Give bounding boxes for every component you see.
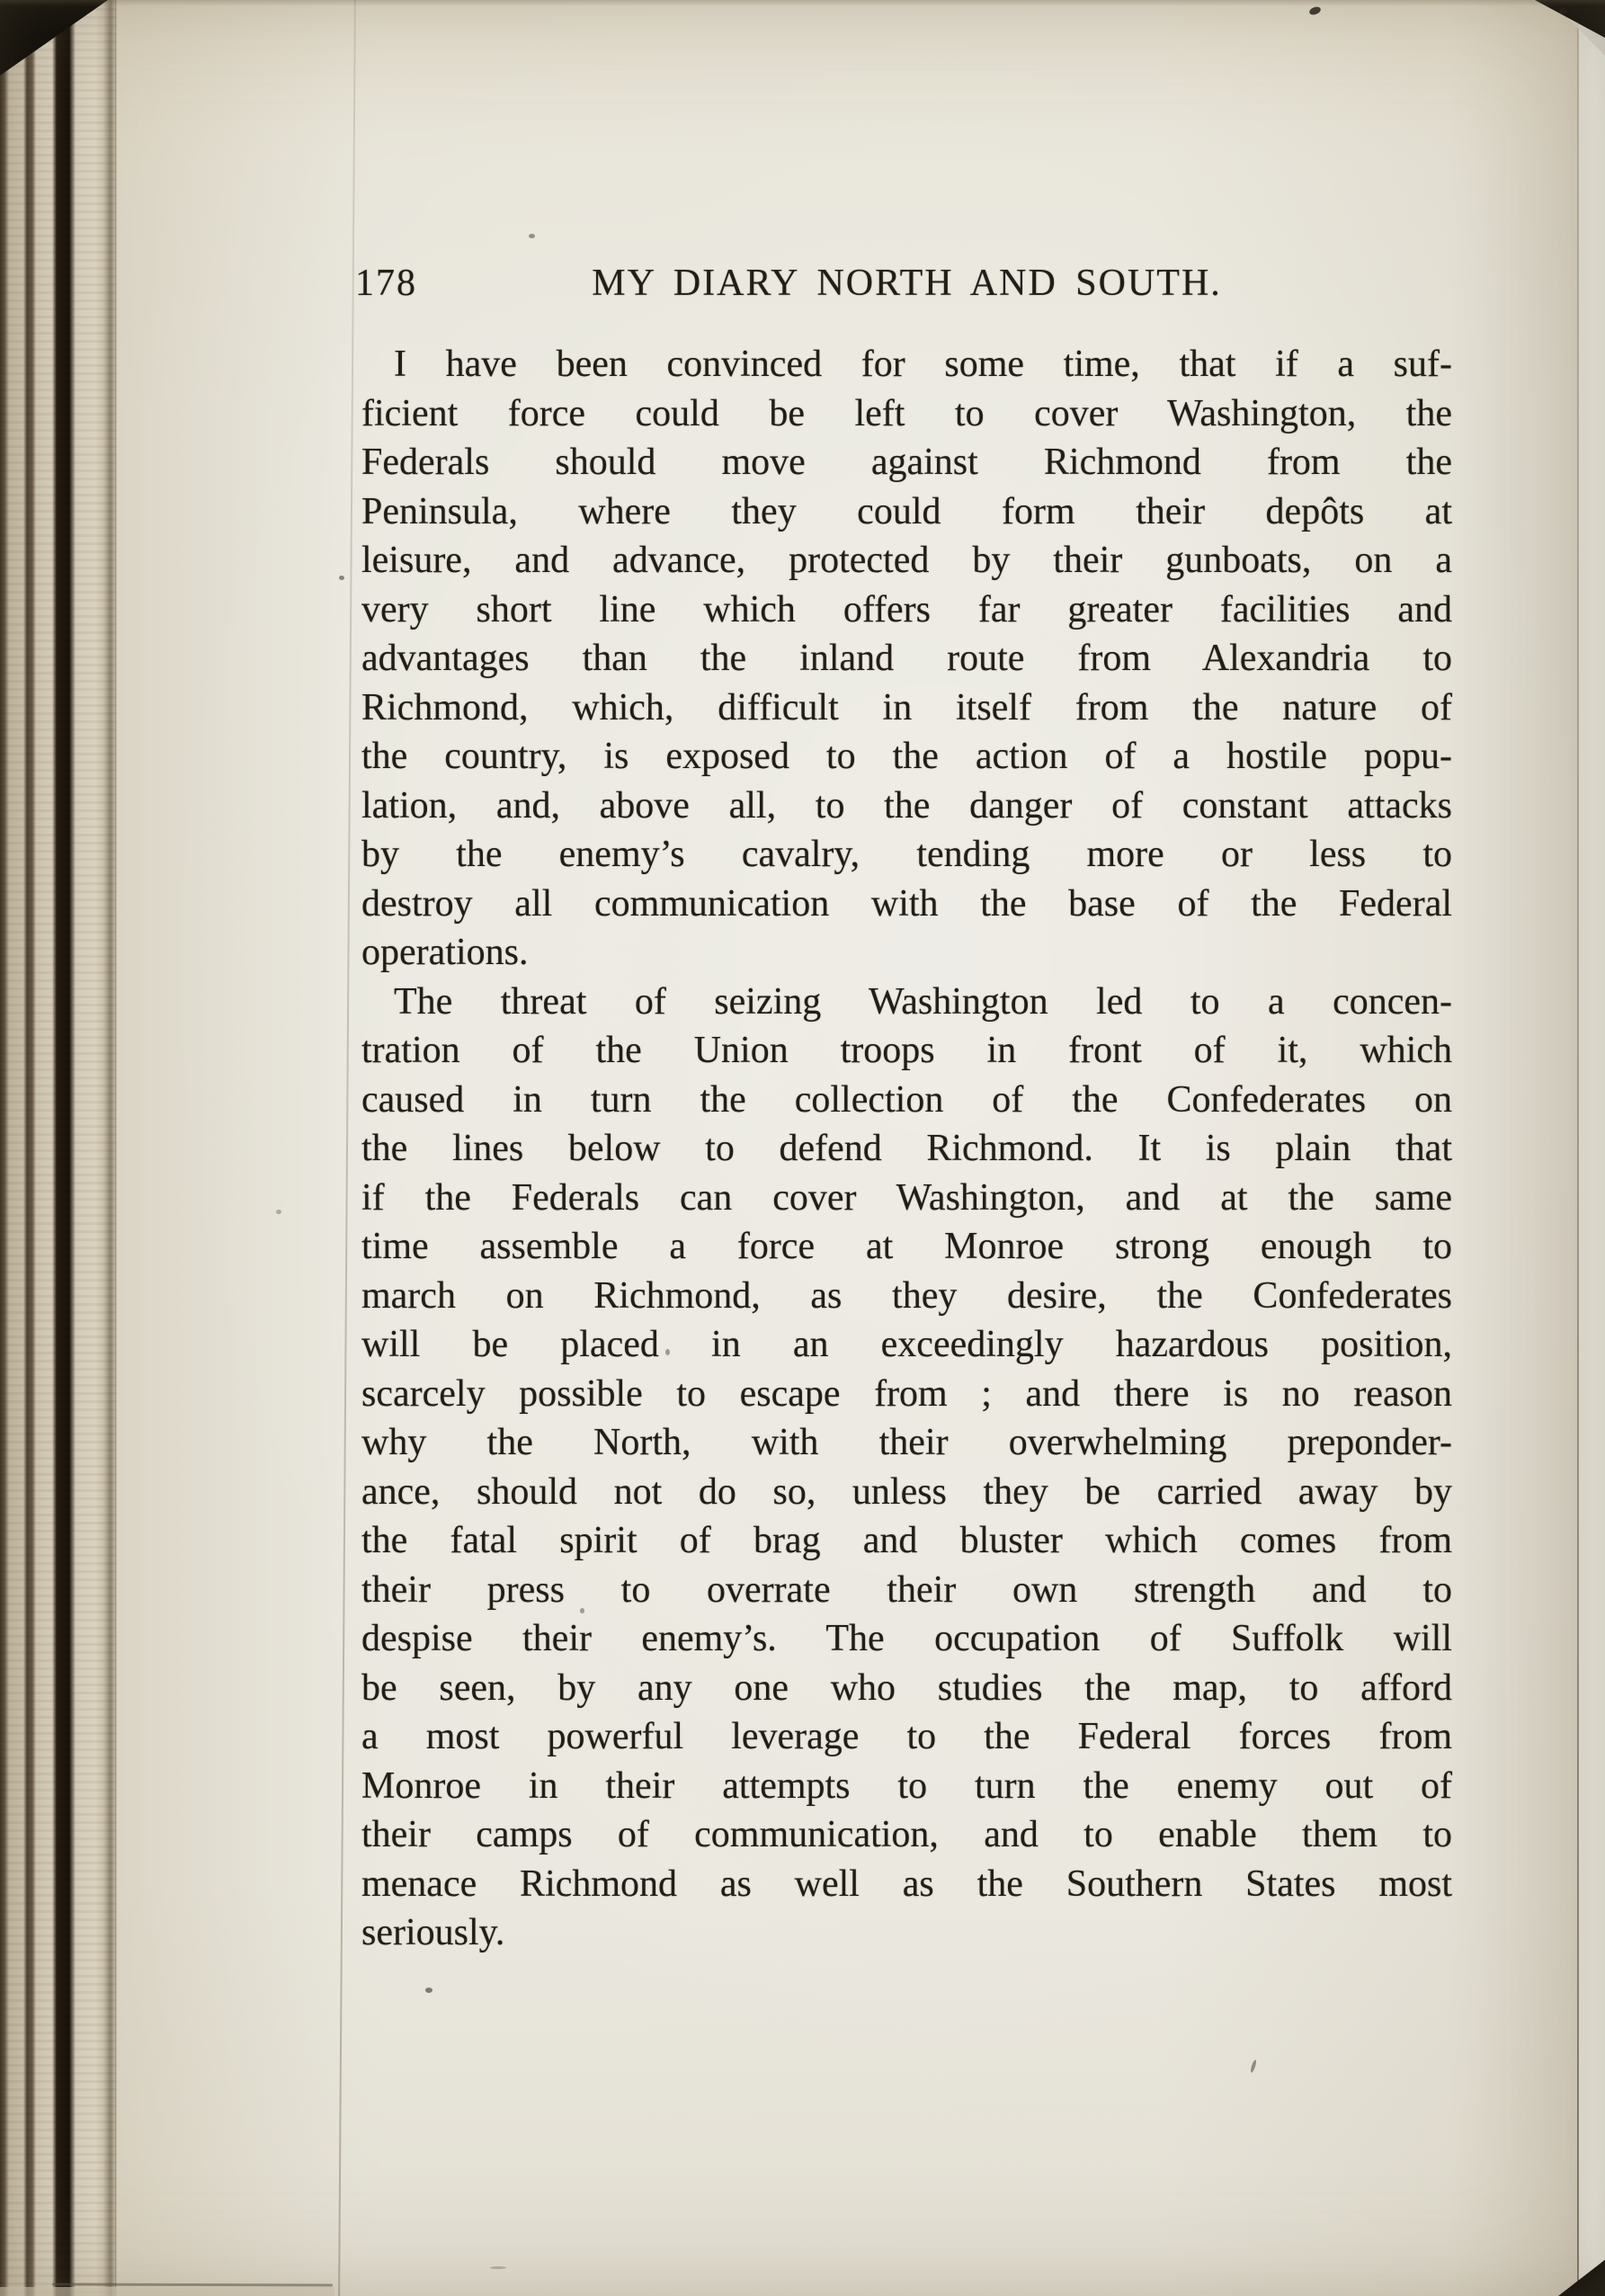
text-line: the fatal spirit of brag and bluster whi… [361,1516,1452,1566]
dust-speck [339,576,344,580]
text-line: their camps of communication, and to ena… [361,1810,1452,1860]
text-line: Monroe in their attempts to turn the ene… [361,1762,1452,1811]
text-line: advantages than the inland route from Al… [361,634,1452,683]
text-line: leisure, and advance, protected by their… [361,536,1452,585]
text-line: I have been convinced for some time, tha… [361,340,1452,389]
text-line: the lines below to defend Richmond. It i… [361,1124,1452,1174]
dust-speck [276,1210,281,1214]
text-line: menace Richmond as well as the Southern … [361,1860,1452,1909]
scanned-book-page: 178 MY DIARY NORTH AND SOUTH. I have bee… [0,0,1605,2296]
text-line: lation, and, above all, to the danger of… [361,782,1452,831]
page-header: 178 MY DIARY NORTH AND SOUTH. [361,264,1452,306]
dust-speck [580,1608,584,1613]
text-line: if the Federals can cover Washington, an… [361,1174,1452,1223]
page-stack-boundary-line [115,0,116,2296]
text-line: the country, is exposed to the action of… [361,732,1452,782]
running-title: MY DIARY NORTH AND SOUTH. [361,264,1452,302]
dust-speck [1559,8,1567,14]
text-line: be seen, by any one who studies the map,… [361,1664,1452,1713]
right-page-edge-surface [1579,0,1605,2296]
text-line: operations. [361,928,1452,978]
text-line: time assemble a force at Monroe strong e… [361,1222,1452,1272]
text-line: march on Richmond, as they desire, the C… [361,1272,1452,1321]
paragraph: The threat of seizing Washington led to … [361,978,1452,1958]
text-line: why the North, with their overwhelming p… [361,1418,1452,1468]
right-edge-shading [1448,0,1578,2296]
bottom-page-edge-surface [0,2287,334,2296]
text-line: destroy all communication with the base … [361,880,1452,929]
paragraph: I have been convinced for some time, tha… [361,340,1452,978]
right-page-edge-line [1577,0,1579,2296]
text-line: despise their enemy’s. The occupation of… [361,1614,1452,1664]
text-line: tration of the Union troops in front of … [361,1026,1452,1076]
text-block: I have been convinced for some time, tha… [361,340,1452,1958]
underlying-page-surface [117,0,347,2296]
dust-speck [1308,5,1322,16]
text-line: a most powerful leverage to the Federal … [361,1712,1452,1762]
text-line: very short line which offers far greater… [361,585,1452,635]
dust-speck [490,2266,506,2269]
text-line: caused in turn the collection of the Con… [361,1076,1452,1125]
text-line: by the enemy’s cavalry, tending more or … [361,830,1452,880]
dust-speck [529,234,535,238]
text-line: seriously. [361,1908,1452,1958]
text-line: will be placed in an exceedingly hazardo… [361,1320,1452,1370]
text-line: The threat of seizing Washington led to … [361,978,1452,1027]
page-edge-texture [0,0,117,2296]
text-line: scarcely possible to escape from ; and t… [361,1370,1452,1419]
text-line: Peninsula, where they could form their d… [361,487,1452,537]
text-line: their press to overrate their own streng… [361,1566,1452,1615]
text-line: ance, should not do so, unless they be c… [361,1468,1452,1517]
text-line: ficient force could be left to cover Was… [361,389,1452,439]
top-edge-shadow [0,0,1605,6]
dust-speck [1250,2059,1257,2074]
text-line: Richmond, which, difficult in itself fro… [361,683,1452,733]
dust-speck [665,1349,670,1355]
text-line: Federals should move against Richmond fr… [361,438,1452,487]
dust-speck [425,1988,432,1993]
